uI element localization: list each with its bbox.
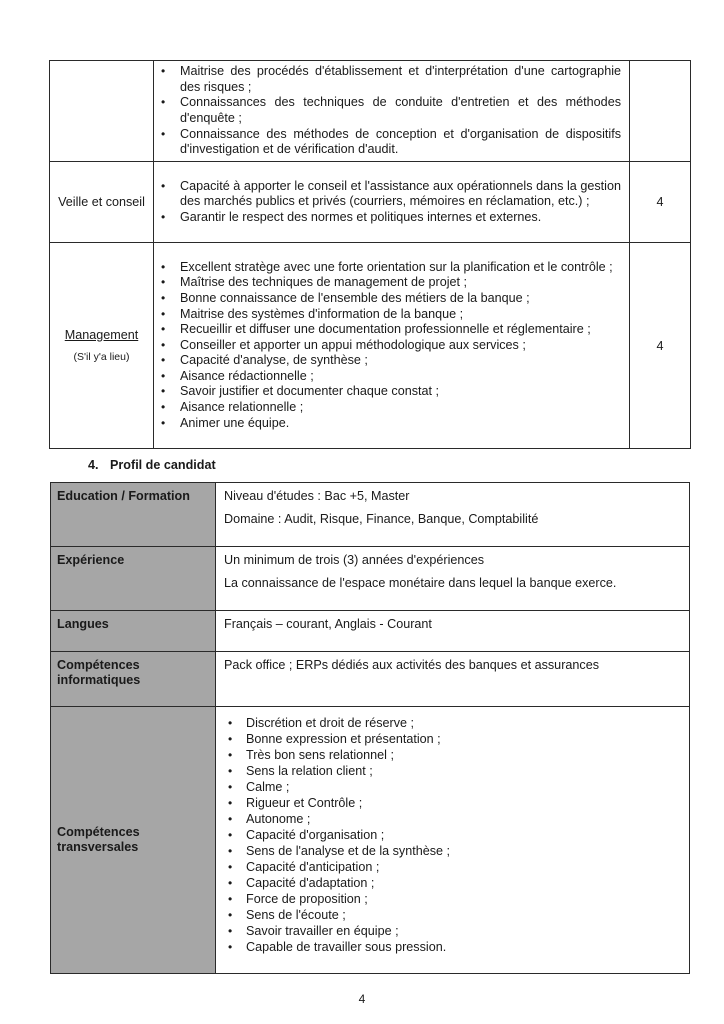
profile-value: Français – courant, Anglais - Courant — [216, 611, 690, 652]
profile-row-it-skills: Compétences informatiques Pack office ; … — [51, 652, 690, 707]
list-item: Maitrise des systèmes d'information de l… — [154, 307, 621, 323]
competency-table: Maitrise des procédés d'établissement et… — [49, 60, 691, 449]
profile-label: Expérience — [51, 547, 216, 611]
section-number: 4. — [88, 458, 110, 472]
list-item: Savoir travailler en équipe ; — [216, 923, 681, 939]
section-heading: 4.Profil de candidat — [88, 458, 216, 472]
list-item: Savoir justifier et documenter chaque co… — [154, 384, 621, 400]
list-item: Sens de l'analyse et de la synthèse ; — [216, 843, 681, 859]
competency-row-veille-conseil: Veille et conseil Capacité à apporter le… — [50, 162, 691, 243]
profile-value: Niveau d'études : Bac +5, Master Domaine… — [216, 483, 690, 547]
profile-line: Un minimum de trois (3) années d'expérie… — [224, 553, 681, 568]
profile-label: Education / Formation — [51, 483, 216, 547]
competency-list: Maitrise des procédés d'établissement et… — [154, 61, 629, 161]
competency-list: Excellent stratège avec une forte orient… — [154, 257, 629, 435]
list-item: Discrétion et droit de réserve ; — [216, 715, 681, 731]
profile-line: La connaissance de l'espace monétaire da… — [224, 576, 681, 591]
competency-row-audit-methods: Maitrise des procédés d'établissement et… — [50, 61, 691, 162]
list-item: Maitrise des procédés d'établissement et… — [154, 64, 621, 95]
competency-items: Excellent stratège avec une forte orient… — [154, 243, 630, 449]
list-item: Bonne connaissance de l'ensemble des mét… — [154, 291, 621, 307]
competency-label-cell: Management (S'il y'a lieu) — [50, 243, 154, 449]
competency-level — [630, 61, 691, 162]
list-item: Capacité à apporter le conseil et l'assi… — [154, 179, 621, 210]
list-item: Capable de travailler sous pression. — [216, 939, 681, 955]
competency-level: 4 — [630, 162, 691, 243]
profile-line: Niveau d'études : Bac +5, Master — [224, 489, 681, 504]
list-item: Maîtrise des techniques de management de… — [154, 275, 621, 291]
competency-list: Capacité à apporter le conseil et l'assi… — [154, 176, 629, 229]
competency-sublabel: (S'il y'a lieu) — [50, 349, 153, 365]
profile-label: Langues — [51, 611, 216, 652]
profile-row-experience: Expérience Un minimum de trois (3) année… — [51, 547, 690, 611]
profile-label: Compétences informatiques — [51, 652, 216, 707]
list-item: Capacité d'analyse, de synthèse ; — [154, 353, 621, 369]
list-item: Recueillir et diffuser une documentation… — [154, 322, 621, 338]
list-item: Sens la relation client ; — [216, 763, 681, 779]
competency-items: Capacité à apporter le conseil et l'assi… — [154, 162, 630, 243]
profile-value: Un minimum de trois (3) années d'expérie… — [216, 547, 690, 611]
list-item: Force de proposition ; — [216, 891, 681, 907]
list-item: Capacité d'anticipation ; — [216, 859, 681, 875]
soft-skills-list: Discrétion et droit de réserve ;Bonne ex… — [216, 711, 681, 959]
competency-label — [50, 61, 154, 162]
list-item: Sens de l'écoute ; — [216, 907, 681, 923]
candidate-profile-table: Education / Formation Niveau d'études : … — [50, 482, 690, 974]
list-item: Rigueur et Contrôle ; — [216, 795, 681, 811]
profile-line: Français – courant, Anglais - Courant — [224, 617, 681, 632]
section-title: Profil de candidat — [110, 458, 216, 472]
profile-value: Discrétion et droit de réserve ;Bonne ex… — [216, 707, 690, 974]
list-item: Animer une équipe. — [154, 416, 621, 432]
list-item: Garantir le respect des normes et politi… — [154, 210, 621, 226]
profile-value: Pack office ; ERPs dédiés aux activités … — [216, 652, 690, 707]
profile-line: Domaine : Audit, Risque, Finance, Banque… — [224, 512, 681, 527]
list-item: Conseiller et apporter un appui méthodol… — [154, 338, 621, 354]
list-item: Connaissance des méthodes de conception … — [154, 127, 621, 158]
list-item: Capacité d'organisation ; — [216, 827, 681, 843]
list-item: Connaissances des techniques de conduite… — [154, 95, 621, 126]
list-item: Aisance relationnelle ; — [154, 400, 621, 416]
list-item: Capacité d'adaptation ; — [216, 875, 681, 891]
profile-line: Pack office ; ERPs dédiés aux activités … — [224, 658, 681, 673]
competency-row-management: Management (S'il y'a lieu) Excellent str… — [50, 243, 691, 449]
list-item: Excellent stratège avec une forte orient… — [154, 260, 621, 276]
profile-row-languages: Langues Français – courant, Anglais - Co… — [51, 611, 690, 652]
list-item: Très bon sens relationnel ; — [216, 747, 681, 763]
profile-row-education: Education / Formation Niveau d'études : … — [51, 483, 690, 547]
page-number: 4 — [0, 992, 724, 1006]
list-item: Autonome ; — [216, 811, 681, 827]
competency-items: Maitrise des procédés d'établissement et… — [154, 61, 630, 162]
competency-label: Veille et conseil — [50, 162, 154, 243]
list-item: Bonne expression et présentation ; — [216, 731, 681, 747]
profile-label: Compétences transversales — [51, 707, 216, 974]
list-item: Aisance rédactionnelle ; — [154, 369, 621, 385]
list-item: Calme ; — [216, 779, 681, 795]
profile-row-soft-skills: Compétences transversales Discrétion et … — [51, 707, 690, 974]
competency-level: 4 — [630, 243, 691, 449]
competency-label: Management — [65, 328, 139, 342]
